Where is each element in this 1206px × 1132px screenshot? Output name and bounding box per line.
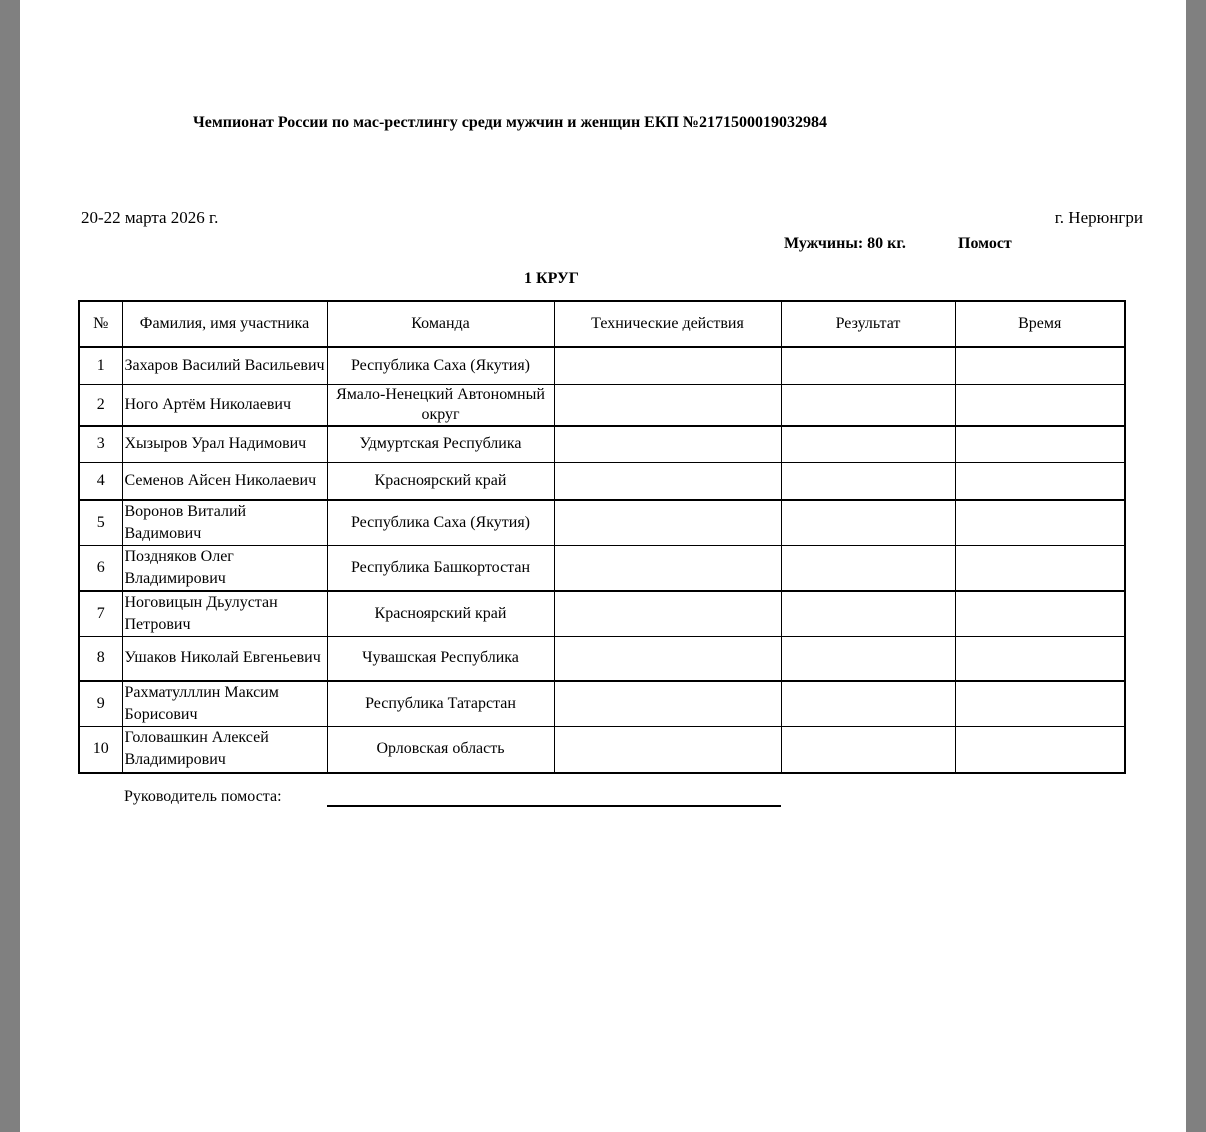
header-name: Фамилия, имя участника [122,301,327,347]
participant-number: 5 [79,500,122,546]
participant-team-text: Республика Саха (Якутия) [351,514,530,531]
result-cell[interactable] [781,727,955,773]
technical-actions-cell[interactable] [554,636,781,681]
participant-number: 1 [79,347,122,384]
participant-number: 10 [79,727,122,773]
result-cell[interactable] [781,681,955,727]
result-cell[interactable] [781,347,955,384]
header-number: № [79,301,122,347]
time-cell[interactable] [955,463,1125,500]
technical-actions-cell[interactable] [554,681,781,727]
mat-label: Помост [958,235,1012,253]
participant-team: Орловская область [327,727,554,773]
table-row: 5Воронов Виталий ВадимовичРеспублика Сах… [79,500,1125,546]
participant-name: Рахматулллин Максим Борисович [122,681,327,727]
participant-team-text: Республика Татарстан [365,695,516,712]
participant-team: Республика Татарстан [327,681,554,727]
participant-number: 7 [79,591,122,637]
time-cell[interactable] [955,727,1125,773]
participant-name-text: Поздняков Олег Владимирович [125,546,327,590]
weight-category: Мужчины: 80 кг. [784,235,906,253]
time-cell[interactable] [955,545,1125,591]
table-header-row: № Фамилия, имя участника Команда Техниче… [79,301,1125,347]
participant-name-text: Семенов Айсен Николаевич [125,470,327,492]
technical-actions-cell[interactable] [554,384,781,426]
table-row: 7Ноговицын Дьулустан ПетровичКрасноярски… [79,591,1125,637]
header-result: Результат [781,301,955,347]
result-cell[interactable] [781,463,955,500]
participant-name-text: Воронов Виталий Вадимович [125,501,327,545]
participant-number: 8 [79,636,122,681]
table-row: 4Семенов Айсен НиколаевичКрасноярский кр… [79,463,1125,500]
participant-team-text: Удмуртская Республика [360,435,522,452]
participants-table: № Фамилия, имя участника Команда Техниче… [78,300,1126,774]
participant-number-text: 10 [93,740,109,757]
header-team: Команда [327,301,554,347]
participant-name: Семенов Айсен Николаевич [122,463,327,500]
participant-team: Чувашская Республика [327,636,554,681]
participant-number: 9 [79,681,122,727]
header-actions: Технические действия [554,301,781,347]
participant-team-text: Республика Саха (Якутия) [351,357,530,374]
participant-name-text: Ного Артём Николаевич [125,394,327,416]
participant-team-text: Чувашская Республика [362,649,519,666]
signature-line [327,805,781,807]
participant-number-text: 4 [97,472,105,489]
participant-team: Республика Башкортостан [327,545,554,591]
event-city: г. Нерюнгри [1055,208,1143,228]
technical-actions-cell[interactable] [554,727,781,773]
result-cell[interactable] [781,384,955,426]
participant-team-text: Республика Башкортостан [351,559,530,576]
technical-actions-cell[interactable] [554,545,781,591]
participant-team-text: Орловская область [376,740,504,757]
participant-team: Республика Саха (Якутия) [327,347,554,384]
participant-number-text: 8 [97,649,105,666]
result-cell[interactable] [781,500,955,546]
time-cell[interactable] [955,347,1125,384]
result-cell[interactable] [781,545,955,591]
participant-name: Головашкин Алексей Владимирович [122,727,327,773]
table-row: 3Хызыров Урал НадимовичУдмуртская Респуб… [79,426,1125,463]
participant-name-text: Головашкин Алексей Владимирович [125,727,327,771]
participant-team-text: Красноярский край [375,472,507,489]
participant-name: Воронов Виталий Вадимович [122,500,327,546]
participant-number-text: 2 [97,396,105,413]
mat-head-label: Руководитель помоста: [124,788,282,806]
participant-number-text: 1 [97,357,105,374]
participant-name: Поздняков Олег Владимирович [122,545,327,591]
participant-team: Республика Саха (Якутия) [327,500,554,546]
participant-team: Удмуртская Республика [327,426,554,463]
participant-name: Ушаков Николай Евгеньевич [122,636,327,681]
participant-name: Хызыров Урал Надимович [122,426,327,463]
participant-team: Ямало-Ненецкий Автономный округ [327,384,554,426]
time-cell[interactable] [955,591,1125,637]
table-row: 2Ного Артём НиколаевичЯмало-Ненецкий Авт… [79,384,1125,426]
participant-team-text: Красноярский край [375,605,507,622]
round-label: 1 КРУГ [524,270,579,288]
participant-name: Захаров Василий Васильевич [122,347,327,384]
participant-number-text: 6 [97,559,105,576]
participant-number-text: 3 [97,435,105,452]
participant-number: 6 [79,545,122,591]
time-cell[interactable] [955,384,1125,426]
table-row: 6Поздняков Олег ВладимировичРеспублика Б… [79,545,1125,591]
technical-actions-cell[interactable] [554,591,781,637]
technical-actions-cell[interactable] [554,500,781,546]
time-cell[interactable] [955,681,1125,727]
time-cell[interactable] [955,636,1125,681]
time-cell[interactable] [955,426,1125,463]
technical-actions-cell[interactable] [554,426,781,463]
table-row: 10Головашкин Алексей ВладимировичОрловск… [79,727,1125,773]
participant-team: Красноярский край [327,591,554,637]
participant-name-text: Рахматулллин Максим Борисович [125,682,327,726]
header-time: Время [955,301,1125,347]
participant-name: Ного Артём Николаевич [122,384,327,426]
technical-actions-cell[interactable] [554,463,781,500]
participant-name: Ноговицын Дьулустан Петрович [122,591,327,637]
result-cell[interactable] [781,426,955,463]
time-cell[interactable] [955,500,1125,546]
participant-number-text: 9 [97,695,105,712]
participant-name-text: Ноговицын Дьулустан Петрович [125,592,327,636]
participant-team: Красноярский край [327,463,554,500]
participant-number: 4 [79,463,122,500]
table-row: 1Захаров Василий ВасильевичРеспублика Са… [79,347,1125,384]
participant-name-text: Захаров Василий Васильевич [125,355,327,377]
document-title: Чемпионат России по мас-рестлингу среди … [193,114,827,132]
technical-actions-cell[interactable] [554,347,781,384]
participant-number: 3 [79,426,122,463]
document-page: Чемпионат России по мас-рестлингу среди … [20,0,1186,1132]
participant-number: 2 [79,384,122,426]
participant-number-text: 5 [97,514,105,531]
participant-number-text: 7 [97,605,105,622]
participant-name-text: Хызыров Урал Надимович [125,433,327,455]
table-row: 8Ушаков Николай ЕвгеньевичЧувашская Респ… [79,636,1125,681]
result-cell[interactable] [781,591,955,637]
participant-name-text: Ушаков Николай Евгеньевич [125,647,327,669]
table-row: 9Рахматулллин Максим БорисовичРеспублика… [79,681,1125,727]
participant-team-text: Ямало-Ненецкий Автономный округ [336,386,545,423]
result-cell[interactable] [781,636,955,681]
event-date: 20-22 марта 2026 г. [81,208,218,228]
